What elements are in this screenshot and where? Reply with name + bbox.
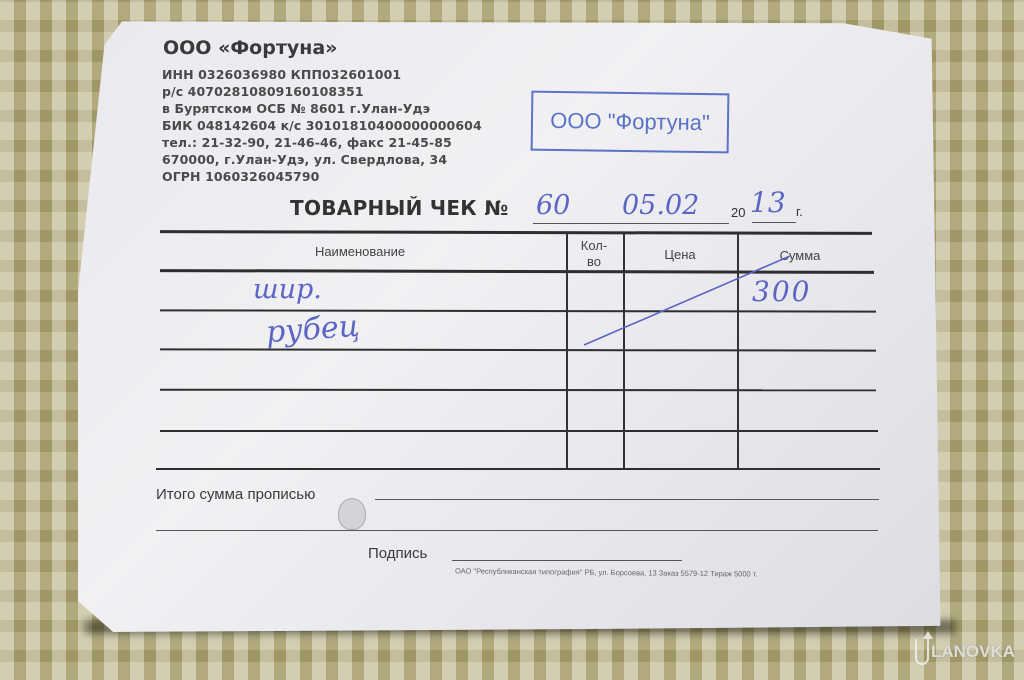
year-unit: г. xyxy=(796,204,803,219)
signature-line xyxy=(452,560,682,561)
year-suffix: 13 xyxy=(750,186,786,219)
watermark: LANOVKA xyxy=(915,634,1015,670)
company-stamp: ООО "Фортуна" xyxy=(531,91,730,154)
requisite-bik: БИК 048142604 к/с 30101810400000000604 xyxy=(162,118,482,133)
table-row-line xyxy=(160,430,878,432)
requisite-inn: ИНН 0326036980 КПП032601001 xyxy=(162,67,401,82)
total-in-words-line xyxy=(375,499,879,500)
watermark-text: LANOVKA xyxy=(931,642,1015,662)
watermark-logo-icon xyxy=(915,639,929,665)
signature-label: Подпись xyxy=(368,545,427,562)
requisite-phone: тел.: 21-32-90, 21-46-46, факс 21-45-85 xyxy=(162,135,452,150)
header-name: Наименование xyxy=(290,244,430,259)
receipt-date: 05.02 xyxy=(622,190,699,221)
receipt-title: ТОВАРНЫЙ ЧЕК № xyxy=(290,196,509,220)
table-bottom-border xyxy=(156,468,880,470)
year-prefix: 20 xyxy=(731,205,745,220)
row-2-name: рубец xyxy=(265,309,361,350)
row-1-name: шир. xyxy=(253,274,322,305)
requisite-address: 670000, г.Улан-Удэ, ул. Свердлова, 34 xyxy=(162,152,447,167)
receipt-number: 60 xyxy=(536,190,570,221)
strike-through-line xyxy=(580,250,800,350)
requisite-bank: в Бурятском ОСБ № 8601 г.Улан-Удэ xyxy=(162,101,430,116)
total-in-words-line-2 xyxy=(156,530,878,531)
number-date-underline xyxy=(533,223,729,224)
year-underline xyxy=(752,222,796,223)
requisite-ogrn: ОГРН 1060326045790 xyxy=(162,169,319,184)
paper-hole xyxy=(338,498,366,530)
company-name: ООО «Фортуна» xyxy=(163,37,337,59)
total-in-words-label: Итого сумма прописью xyxy=(156,486,315,503)
requisite-account: р/с 40702810809160108351 xyxy=(162,84,364,99)
